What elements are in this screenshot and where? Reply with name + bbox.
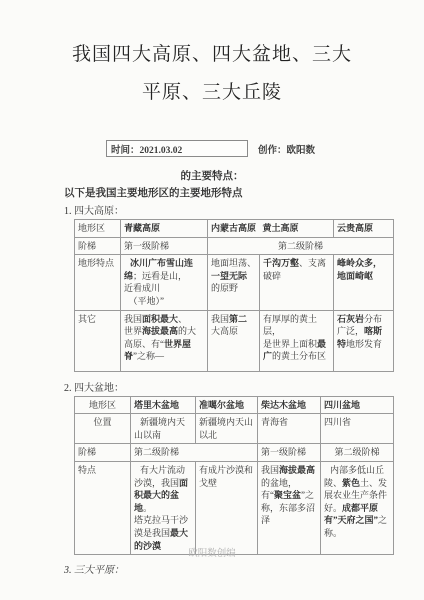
row-label: 地形区 <box>75 396 131 414</box>
table-cell: 新疆境内天山以北 <box>196 414 258 444</box>
table-cell: 冰川广布雪山连绵；远看是山，近看成川 （平地）” <box>121 255 208 310</box>
table-cell: 我国第二大高原 <box>208 310 260 371</box>
table-cell: 峰岭众多，地面崎岖 <box>334 255 394 310</box>
table-cell: 青藏高原 <box>121 220 208 238</box>
table-row: 阶梯 第一级阶梯 第二级阶梯 <box>75 237 394 255</box>
table-cell: 内部多低山丘陵、紫色土、发展农业生产条件好。成都平原有”天府之国”之称。 <box>321 461 394 554</box>
row-label: 其它 <box>75 310 121 371</box>
table-cell: 地面坦荡、一望无际的原野 <box>208 255 260 310</box>
table-cell: 云贵高原 <box>334 220 394 238</box>
plateaus-table: 地形区 青藏高原 内蒙古高原 黄土高原 云贵高原 阶梯 第一级阶梯 第二级阶梯 … <box>74 219 394 372</box>
table-cell: 准噶尔盆地 <box>196 396 258 414</box>
row-label: 地形区 <box>75 220 121 238</box>
table-cell: 四川盆地 <box>321 396 394 414</box>
table-cell: 我国海拔最高的盆地，有“聚宝盆”之称，东部多沼泽 <box>258 461 321 554</box>
intro-text: 以下是我国主要地形区的主要地形特点 <box>64 185 424 200</box>
table-row: 位置 新疆境内天山以南 新疆境内天山以北 青海省 四川省 <box>75 414 394 444</box>
table-cell: 第二级阶梯 <box>131 444 258 462</box>
table-row: 地形区 塔里木盆地 准噶尔盆地 柴达木盆地 四川盆地 <box>75 396 394 414</box>
table-cell: 第一级阶梯 <box>121 237 208 255</box>
table-cell: 石灰岩分布广泛，喀斯特地形发育 <box>334 310 394 371</box>
table-cell: 黄土高原 <box>260 220 334 238</box>
time-label: 时间：2021.03.02 <box>111 142 182 156</box>
table-cell: 塔里木盆地 <box>131 396 196 414</box>
row-label: 特点 <box>75 461 131 554</box>
author-label: 创作：欧阳数 <box>258 142 315 156</box>
table-row: 其它 我国面积最大、世界海拔最高的大高原、有“世界屋脊”之称— 我国第二大高原 … <box>75 310 394 371</box>
subtitle: 的主要特点： <box>0 168 424 183</box>
table-row: 地形区 青藏高原 内蒙古高原 黄土高原 云贵高原 <box>75 220 394 238</box>
time-field: 时间：2021.03.02 <box>106 140 248 157</box>
page-title-line1: 我国四大高原、四大盆地、三大 <box>0 36 424 74</box>
table-cell: 有大片流动沙漠，我国面积最大的盆地。塔克拉马干沙漠是我国最大的沙漠 <box>131 461 196 554</box>
meta-row: 时间：2021.03.02 创作：欧阳数 <box>106 140 424 157</box>
section-heading-plateaus: 1. 四大高原： <box>64 202 424 217</box>
page-title-line2: 平原、三大丘陵 <box>0 74 424 112</box>
table-cell: 内蒙古高原 <box>208 220 260 238</box>
table-cell: 我国面积最大、世界海拔最高的大高原、有“世界屋脊”之称— <box>121 310 208 371</box>
table-cell: 有成片沙漠和戈壁 <box>196 461 258 554</box>
row-label: 阶梯 <box>75 444 131 462</box>
page-title: 我国四大高原、四大盆地、三大 平原、三大丘陵 <box>0 36 424 112</box>
table-cell: 第二级阶梯 <box>321 444 394 462</box>
section-heading-basins: 2. 四大盆地： <box>64 379 424 394</box>
row-label: 地形特点 <box>75 255 121 310</box>
document-page: 我国四大高原、四大盆地、三大 平原、三大丘陵 时间：2021.03.02 创作：… <box>0 0 424 600</box>
table-cell: 第一级阶梯 <box>258 444 321 462</box>
table-cell: 新疆境内天山以南 <box>131 414 196 444</box>
table-cell: 四川省 <box>321 414 394 444</box>
table-row: 地形特点 冰川广布雪山连绵；远看是山，近看成川 （平地）” 地面坦荡、一望无际的… <box>75 255 394 310</box>
watermark-text: 欧阳数创编 <box>0 545 424 559</box>
table-cell: 青海省 <box>258 414 321 444</box>
row-label: 阶梯 <box>75 237 121 255</box>
table-cell: 第二级阶梯 <box>208 237 394 255</box>
row-label: 位置 <box>75 414 131 444</box>
table-row: 阶梯 第二级阶梯 第一级阶梯 第二级阶梯 <box>75 444 394 462</box>
table-row: 特点 有大片流动沙漠，我国面积最大的盆地。塔克拉马干沙漠是我国最大的沙漠 有成片… <box>75 461 394 554</box>
table-cell: 柴达木盆地 <box>258 396 321 414</box>
table-cell: 千沟万壑、支离破碎 <box>260 255 334 310</box>
table-cell: 有厚厚的黄土层，是世界上面积最广的黄土分布区 <box>260 310 334 371</box>
basins-table: 地形区 塔里木盆地 准噶尔盆地 柴达木盆地 四川盆地 位置 新疆境内天山以南 新… <box>74 396 394 556</box>
section-heading-plains: 3. 三大平原： <box>64 561 424 576</box>
